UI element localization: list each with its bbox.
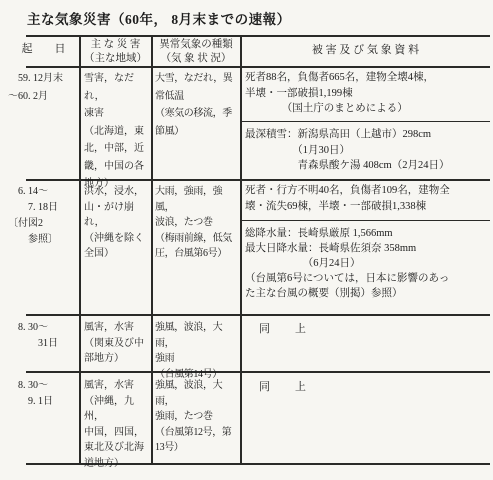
row2-weather-data-cell: 総降水量：長崎県厳原 1,566mm 最大日降水量：長崎県佐須奈 358mm （… — [245, 226, 489, 301]
table-border-top — [26, 35, 490, 37]
row1-date-cell: 59. 12月末 ～60. 2月 — [8, 70, 80, 105]
row3-weather-cell: 強風，波浪，大雨， 強雨 （台風第14号） — [155, 320, 240, 382]
damage-cell-subdivider-row1 — [242, 121, 490, 122]
row1-weather-data-cell: 最深積雪：新潟県高田（上越市）298cm （1月30日） 青森県酸ケ湯 408c… — [245, 127, 489, 174]
table-column-line-2 — [151, 35, 153, 465]
row3-damage-same-as-above: 同 上 — [259, 322, 489, 338]
row1-damage-cell: 死者88名，負傷者665名，建物全壊4棟， 半壊・一部破損1,199棟 （国土庁… — [245, 70, 489, 117]
row4-date-cell: 8. 30～ 9. 1日 — [8, 378, 80, 410]
row4-disaster-cell: 風害，水害 （沖縄，九州， 中国，四国， 東北及び北海 道地方） — [84, 378, 150, 471]
damage-cell-subdivider-row2 — [242, 220, 490, 221]
row4-damage-same-as-above: 同 上 — [259, 380, 489, 396]
table-header-divider — [26, 66, 490, 68]
scanned-document-page: 主な気象災害（60年， 8月末までの速報） 起 日 主 な 災 害 （主な地域）… — [0, 0, 493, 480]
table-row2-divider — [26, 314, 490, 316]
row3-date-cell: 8. 30～ 31日 — [8, 320, 80, 352]
table-column-line-3 — [240, 35, 242, 465]
row1-disaster-cell: 雪害，なだれ， 凍害 （北海道，東 北，中部，近 畿，中国の各 地方） — [84, 70, 150, 193]
table-header-disaster: 主 な 災 害 （主な地域） — [80, 38, 151, 65]
table-row3-divider — [26, 371, 490, 373]
row2-date-cell: 6. 14～ 7. 18日 〔付図2 参照〕 — [8, 184, 80, 248]
row4-weather-cell: 強風，波浪，大雨， 強雨，たつ巻 （台風第12号，第 13号） — [155, 378, 240, 456]
table-header-damage: 被 害 及 び 気 象 資 料 — [241, 44, 490, 58]
table-header-weather: 異常気象の種類 （気 象 状 況） — [152, 38, 240, 65]
table-header-date: 起 日 — [8, 43, 79, 57]
document-title: 主な気象災害（60年， 8月末までの速報） — [27, 8, 291, 28]
row3-disaster-cell: 風害，水害 （関東及び中 部地方） — [84, 320, 150, 367]
row2-disaster-cell: 洪水，浸水， 山・がけ崩れ， （沖縄を除く 全国） — [84, 184, 150, 262]
row2-weather-cell: 大雨，強雨，強風， 波浪，たつ巻 （梅雨前線，低気 圧，台風第6号） — [155, 184, 240, 262]
row1-weather-cell: 大雪，なだれ，異 常低温 （寒気の移流，季 節風） — [155, 70, 240, 140]
row2-damage-cell: 死者・行方不明40名，負傷者109名，建物全 壊・流失69棟，半壊・一部破損1,… — [245, 183, 489, 214]
